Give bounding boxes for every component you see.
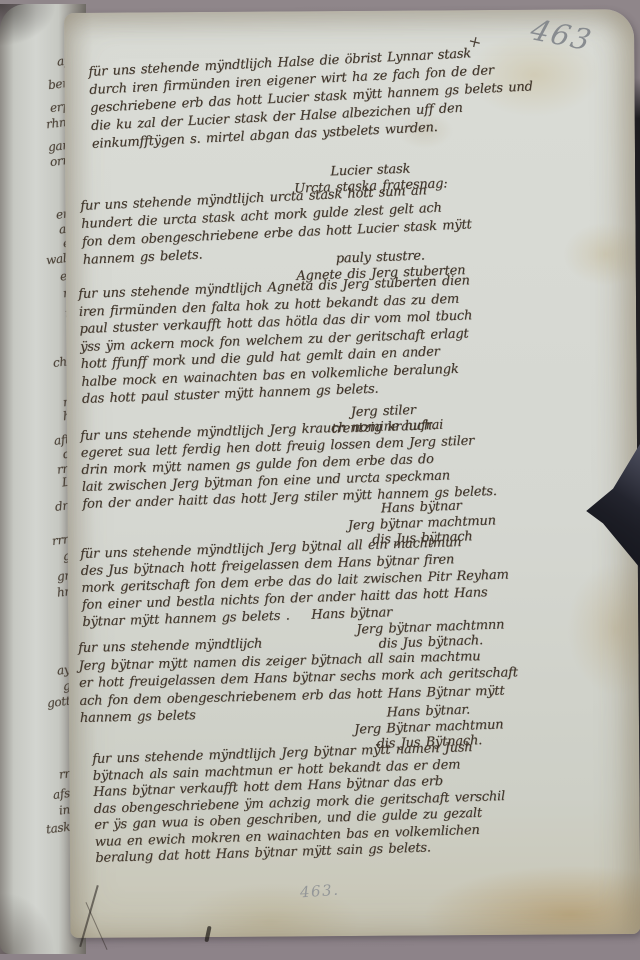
margin-text-fragment: gott xyxy=(46,694,71,711)
manuscript-photo: aybenerprhmganornfenafewallelnrchinhaftd… xyxy=(0,0,640,960)
paragraph-5: für uns stehende mÿndtlijch Jerg bÿtnal … xyxy=(80,530,594,631)
paragraph-7: fur uns stehende mÿndtlijch Jerg bÿtnar … xyxy=(92,736,590,867)
folio-number-bottom: 463. xyxy=(299,881,340,902)
margin-text-fragment: afs xyxy=(52,786,70,802)
margin-text-fragment: task xyxy=(45,820,71,837)
paragraph-3: fur uns stehende mÿndtlijch Agneta dis J… xyxy=(78,268,594,408)
